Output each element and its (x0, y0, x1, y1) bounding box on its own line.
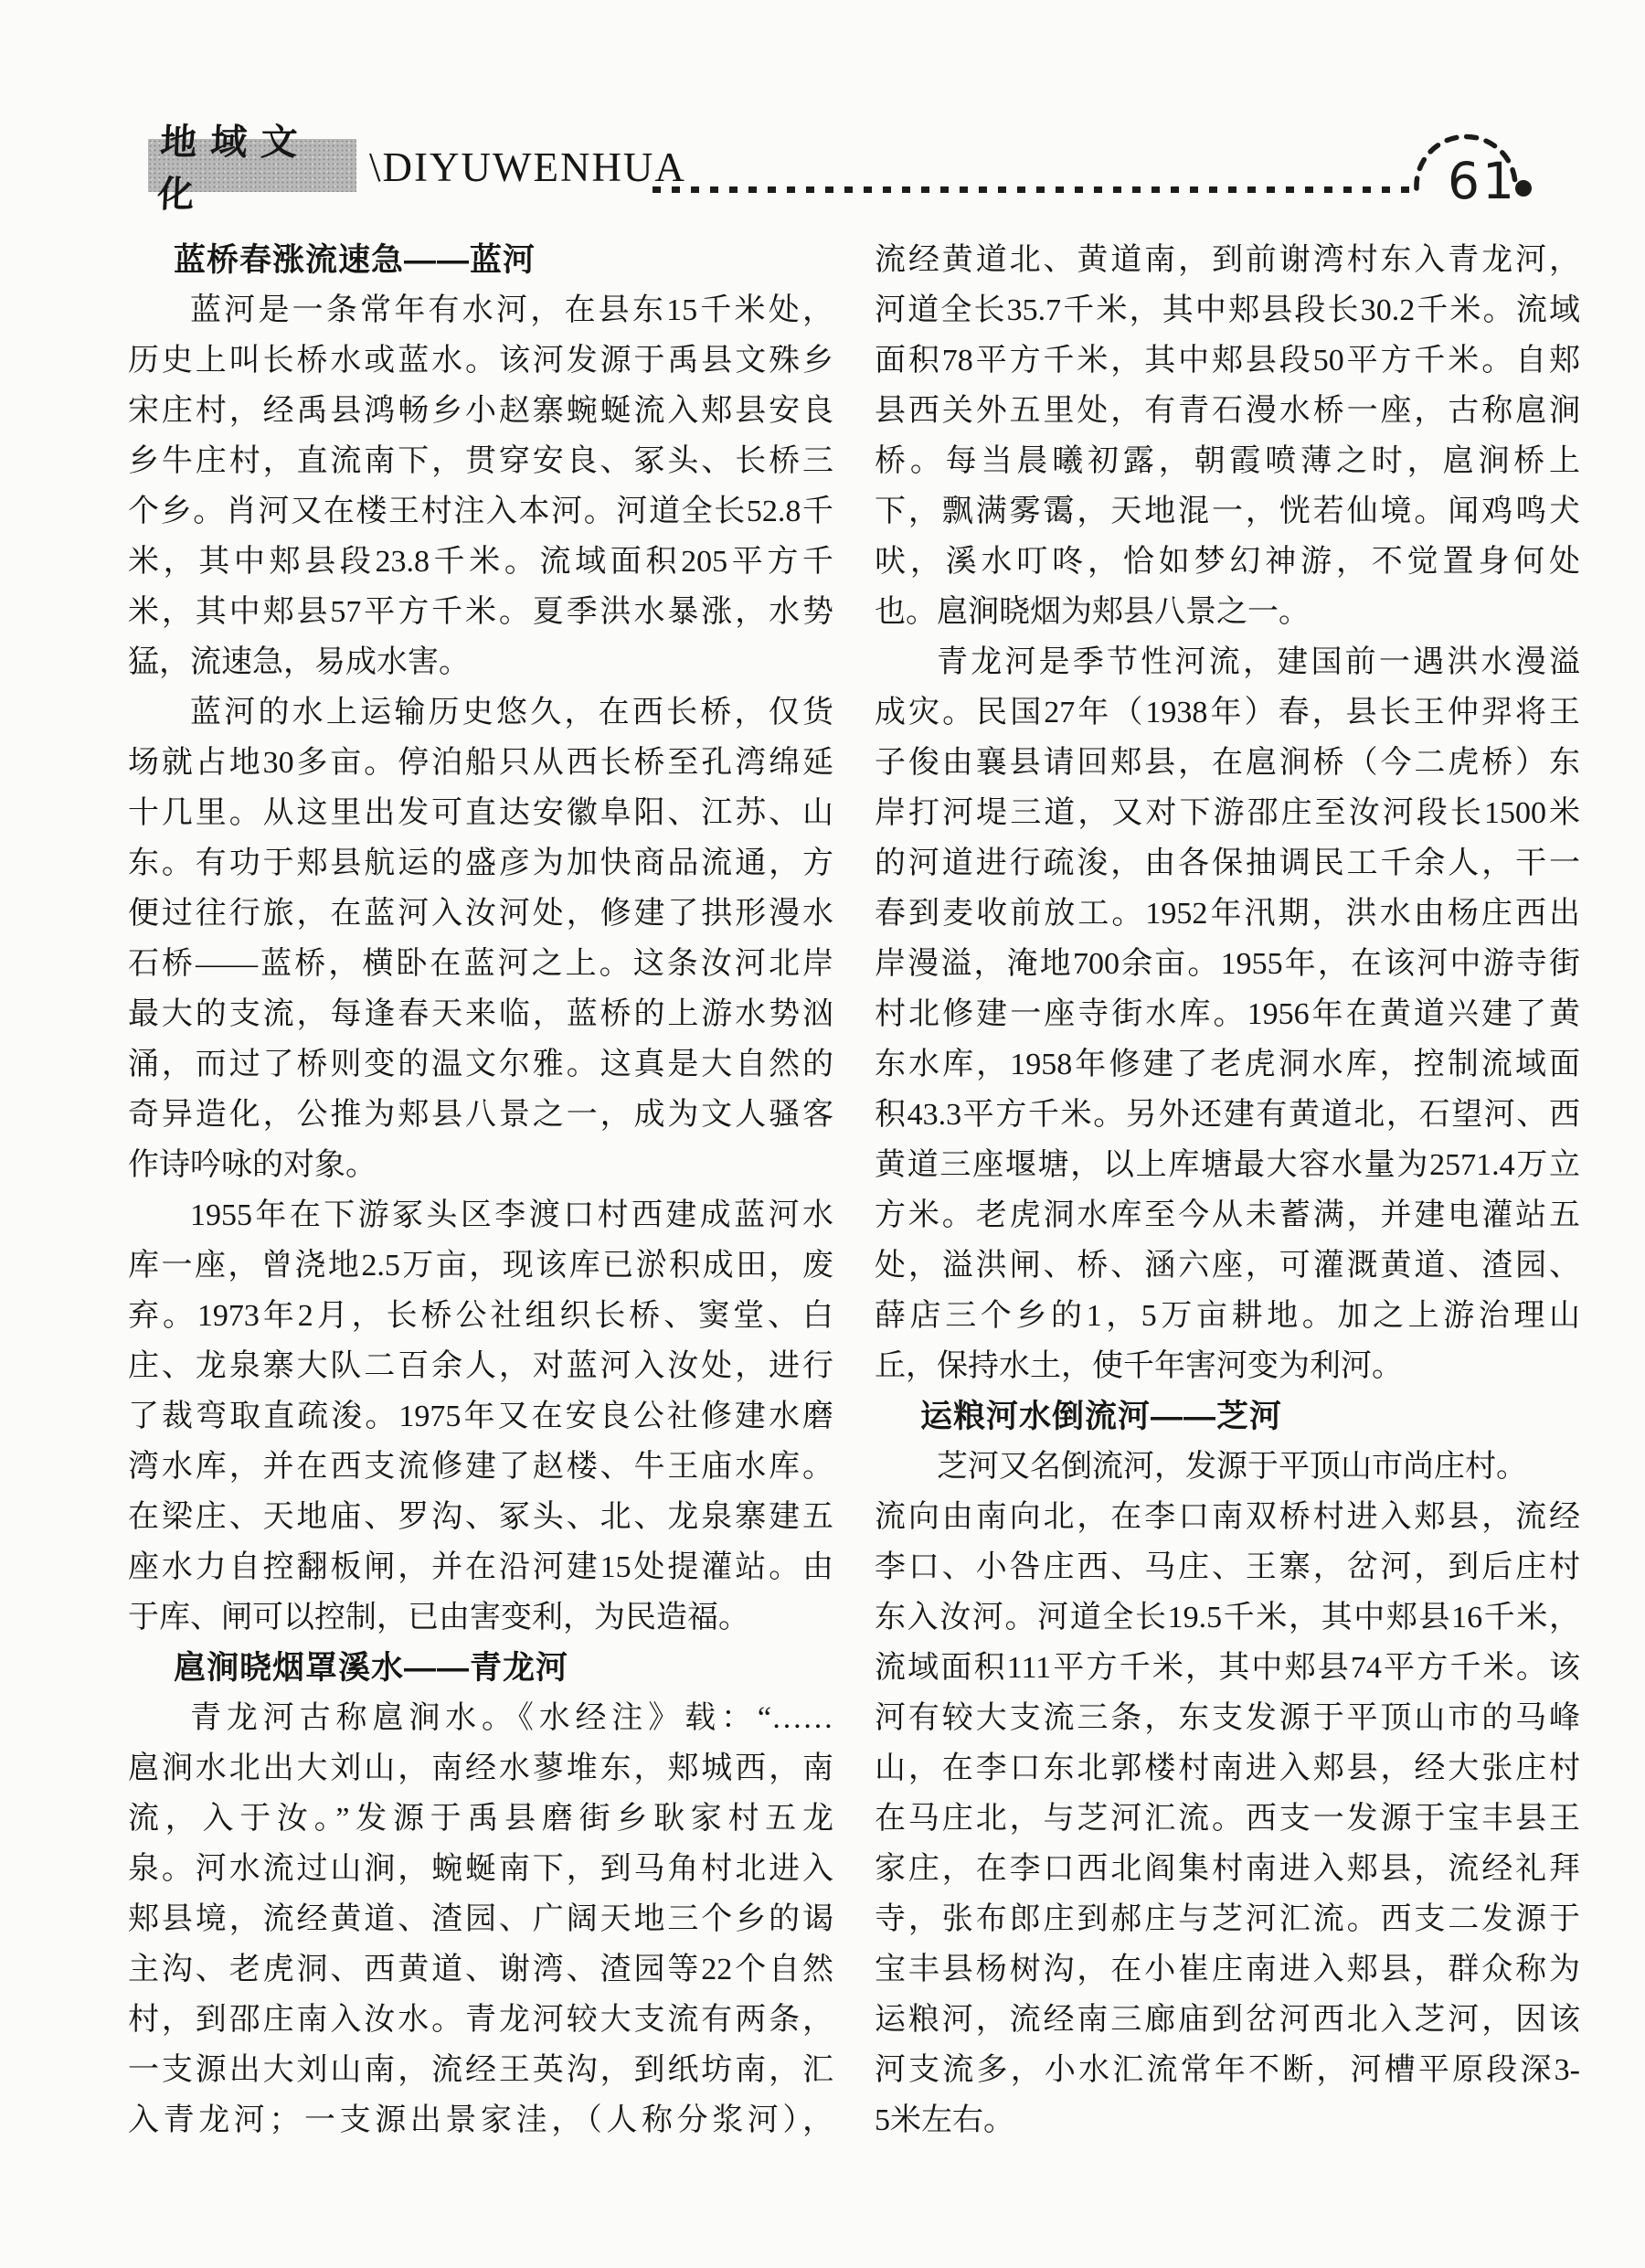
text-line: 春到麦收前放工。1952年汛期，洪水由杨庄西出 (875, 889, 1580, 939)
text-line: 弃。1973年2月，长桥公社组织长桥、窦堂、白 (128, 1291, 833, 1341)
text-line: 便过往行旅，在蓝河入汝河处，修建了拱形漫水 (128, 889, 833, 939)
text-line: 东入汝河。河道全长19.5千米，其中郏县16千米， (875, 1592, 1580, 1643)
text-line: 流域面积111平方千米，其中郏县74平方千米。该 (875, 1643, 1580, 1693)
text-line: 泉。河水流过山涧，蜿蜒南下，到马角村北进入 (128, 1844, 833, 1894)
text-line: 蓝河是一条常年有水河，在县东15千米处， (128, 285, 833, 335)
right-column: 流经黄道北、黄道南，到前谢湾村东入青龙河，河道全长35.7千米，其中郏县段长30… (875, 235, 1580, 2146)
text-line: 猛，流速急，易成水害。 (128, 637, 833, 687)
text-line: 最大的支流，每逢春天来临，蓝桥的上游水势汹 (128, 989, 833, 1039)
text-line: 1955年在下游冢头区李渡口村西建成蓝河水 (128, 1190, 833, 1240)
text-line: 李口、小咎庄西、马庄、王寨，岔河，到后庄村 (875, 1542, 1580, 1592)
text-line: 在马庄北，与芝河汇流。西支一发源于宝丰县王 (875, 1794, 1580, 1844)
text-line: 河道全长35.7千米，其中郏县段长30.2千米。流域 (875, 285, 1580, 335)
text-line: 村，到邵庄南入汝水。青龙河较大支流有两条， (128, 1995, 833, 2045)
text-line: 主沟、老虎洞、西黄道、谢湾、渣园等22个自然 (128, 1944, 833, 1995)
page-number-ornament: 61 (1407, 128, 1568, 215)
section-heading: 运粮河水倒流河——芝河 (875, 1391, 1580, 1442)
text-line: 处，溢洪闸、桥、涵六座，可灌溉黄道、渣园、 (875, 1240, 1580, 1291)
text-line: 了裁弯取直疏浚。1975年又在安良公社修建水磨 (128, 1391, 833, 1442)
text-line: 庄、龙泉寨大队二百余人，对蓝河入汝处，进行 (128, 1341, 833, 1391)
text-line: 作诗吟咏的对象。 (128, 1140, 833, 1190)
text-line: 薛店三个乡的1，5万亩耕地。加之上游治理山 (875, 1291, 1580, 1341)
text-line: 流，入于汝。”发源于禹县磨街乡耿家村五龙 (128, 1794, 833, 1844)
text-line: 一支源出大刘山南，流经王英沟，到纸坊南，汇 (128, 2045, 833, 2095)
text-line: 十几里。从这里出发可直达安徽阜阳、江苏、山 (128, 788, 833, 838)
category-box: 地域文化 (148, 139, 356, 192)
text-line: 米，其中郏县57平方千米。夏季洪水暴涨，水势 (128, 587, 833, 637)
text-line: 河有较大支流三条，东支发源于平顶山市的马峰 (875, 1693, 1580, 1743)
text-line: 东水库，1958年修建了老虎洞水库，控制流域面 (875, 1039, 1580, 1090)
text-line: 库一座，曾浇地2.5万亩，现该库已淤积成田，废 (128, 1240, 833, 1291)
text-line: 扈涧水北出大刘山，南经水蓼堆东，郏城西，南 (128, 1743, 833, 1794)
text-line: 流经黄道北、黄道南，到前谢湾村东入青龙河， (875, 235, 1580, 285)
text-line: 奇异造化，公推为郏县八景之一，成为文人骚客 (128, 1090, 833, 1140)
text-line: 石桥——蓝桥，横卧在蓝河之上。这条汝河北岸 (128, 939, 833, 989)
text-line: 方米。老虎洞水库至今从未蓄满，并建电灌站五 (875, 1190, 1580, 1240)
text-line: 历史上叫长桥水或蓝水。该河发源于禹县文殊乡 (128, 335, 833, 386)
text-line: 山，在李口东北郭楼村南进入郏县，经大张庄村 (875, 1743, 1580, 1794)
text-line: 县西关外五里处，有青石漫水桥一座，古称扈涧 (875, 386, 1580, 436)
text-line: 寺，张布郎庄到郝庄与芝河汇流。西支二发源于 (875, 1894, 1580, 1944)
text-line: 宝丰县杨树沟，在小崔庄南进入郏县，群众称为 (875, 1944, 1580, 1995)
text-line: 乡牛庄村，直流南下，贯穿安良、冢头、长桥三 (128, 436, 833, 486)
text-line: 岸打河堤三道，又对下游邵庄至汝河段长1500米 (875, 788, 1580, 838)
category-title: 地域文化 (145, 113, 359, 218)
text-line: 成灾。民国27年（1938年）春，县长王仲羿将王 (875, 687, 1580, 738)
section-heading: 蓝桥春涨流速急——蓝河 (128, 235, 833, 285)
text-line: 村北修建一座寺街水库。1956年在黄道兴建了黄 (875, 989, 1580, 1039)
text-line: 青龙河是季节性河流，建国前一遇洪水漫溢 (875, 637, 1580, 687)
text-line: 青龙河古称扈涧水。《水经注》载：“…… (128, 1693, 833, 1743)
left-column: 蓝桥春涨流速急——蓝河蓝河是一条常年有水河，在县东15千米处，历史上叫长桥水或蓝… (128, 235, 833, 2146)
text-line: 涌，而过了桥则变的温文尔雅。这真是大自然的 (128, 1039, 833, 1090)
text-line: 5米左右。 (875, 2095, 1580, 2146)
text-line: 运粮河，流经南三廊庙到岔河西北入芝河，因该 (875, 1995, 1580, 2045)
text-line: 米，其中郏县段23.8千米。流域面积205平方千 (128, 537, 833, 587)
text-line: 宋庄村，经禹县鸿畅乡小赵寨蜿蜒流入郏县安良 (128, 386, 833, 436)
page-number: 61 (1448, 152, 1517, 210)
scanned-page: 地域文化 \DIYUWENHUA 61 蓝桥春涨流速急——蓝河蓝河是一条常年有水… (0, 0, 1645, 2268)
text-line: 的河道进行疏浚，由各保抽调民工千余人，干一 (875, 838, 1580, 889)
text-line: 吠，溪水叮咚，恰如梦幻神游，不觉置身何处 (875, 537, 1580, 587)
text-line: 湾水库，并在西支流修建了赵楼、牛王庙水库。 (128, 1442, 833, 1492)
dotted-leader-line (653, 186, 1418, 193)
text-line: 东。有功于郏县航运的盛彦为加快商品流通，方 (128, 838, 833, 889)
text-line: 也。扈涧晓烟为郏县八景之一。 (875, 587, 1580, 637)
text-line: 流向由南向北，在李口南双桥村进入郏县，流经 (875, 1492, 1580, 1542)
text-line: 河支流多，小水汇流常年不断，河槽平原段深3- (875, 2045, 1580, 2095)
text-line: 面积78平方千米，其中郏县段50平方千米。自郏 (875, 335, 1580, 386)
text-line: 芝河又名倒流河，发源于平顶山市尚庄村。 (875, 1442, 1580, 1492)
text-line: 下，飘满雾霭，天地混一，恍若仙境。闻鸡鸣犬 (875, 486, 1580, 537)
article-body: 蓝桥春涨流速急——蓝河蓝河是一条常年有水河，在县东15千米处，历史上叫长桥水或蓝… (128, 235, 1580, 2146)
text-line: 座水力自控翻板闸，并在沿河建15处提灌站。由 (128, 1542, 833, 1592)
text-line: 积43.3平方千米。另外还建有黄道北，石望河、西 (875, 1090, 1580, 1140)
text-line: 个乡。肖河又在楼王村注入本河。河道全长52.8千 (128, 486, 833, 537)
text-line: 黄道三座堰塘，以上库塘最大容水量为2571.4万立 (875, 1140, 1580, 1190)
text-line: 蓝河的水上运输历史悠久，在西长桥，仅货 (128, 687, 833, 738)
text-line: 在梁庄、天地庙、罗沟、冢头、北、龙泉寨建五 (128, 1492, 833, 1542)
section-heading: 扈涧晓烟罩溪水——青龙河 (128, 1643, 833, 1693)
text-line: 丘，保持水土，使千年害河变为利河。 (875, 1341, 1580, 1391)
text-line: 入青龙河；一支源出景家洼，（人称分浆河）， (128, 2095, 833, 2146)
text-line: 场就占地30多亩。停泊船只从西长桥至孔湾绵延 (128, 738, 833, 788)
text-line: 家庄，在李口西北阎集村南进入郏县，流经礼拜 (875, 1844, 1580, 1894)
text-line: 郏县境，流经黄道、渣园、广阔天地三个乡的谒 (128, 1894, 833, 1944)
text-line: 岸漫溢，淹地700余亩。1955年，在该河中游寺街 (875, 939, 1580, 989)
text-line: 于库、闸可以控制，已由害变利，为民造福。 (128, 1592, 833, 1643)
text-line: 子俊由襄县请回郏县，在扈涧桥（今二虎桥）东 (875, 738, 1580, 788)
text-line: 桥。每当晨曦初露，朝霞喷薄之时，扈涧桥上 (875, 436, 1580, 486)
category-pinyin: \DIYUWENHUA (369, 144, 686, 191)
